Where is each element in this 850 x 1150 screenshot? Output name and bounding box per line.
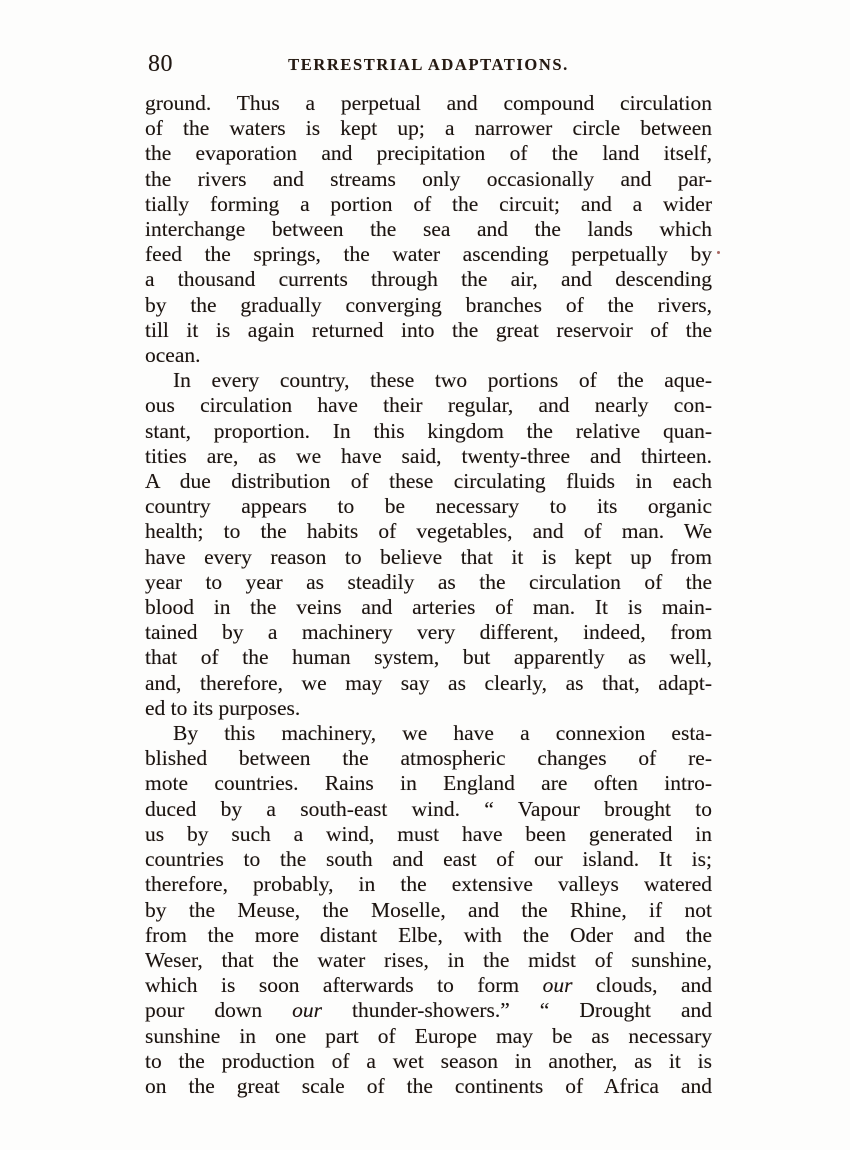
text-line: country appears to be necessary to its o… <box>145 494 712 519</box>
text-line: on the great scale of the continents of … <box>145 1074 712 1099</box>
text-line: by the Meuse, the Moselle, and the Rhine… <box>145 898 712 923</box>
text-line: ous circulation have their regular, and … <box>145 393 712 418</box>
text-line: have every reason to believe that it is … <box>145 545 712 570</box>
scan-speck <box>717 251 720 254</box>
paragraph: In every country, these two portions of … <box>145 368 712 721</box>
text-line: till it is again returned into the great… <box>145 318 712 343</box>
text-line: to the production of a wet season in ano… <box>145 1049 712 1074</box>
text-line: blood in the veins and arteries of man. … <box>145 595 712 620</box>
text-line: which is soon afterwards to form our clo… <box>145 973 712 998</box>
text-line: By this machinery, we have a connexion e… <box>145 721 712 746</box>
text-line: In every country, these two portions of … <box>145 368 712 393</box>
text-line: countries to the south and east of our i… <box>145 847 712 872</box>
text-line: tially forming a portion of the circuit;… <box>145 192 712 217</box>
text-line: us by such a wind, must have been genera… <box>145 822 712 847</box>
text-line: stant, proportion. In this kingdom the r… <box>145 419 712 444</box>
text-line: of the waters is kept up; a narrower cir… <box>145 116 712 141</box>
text-line: ground. Thus a perpetual and compound ci… <box>145 91 712 116</box>
text-line: sunshine in one part of Europe may be as… <box>145 1024 712 1049</box>
text-line: Weser, that the water rises, in the mids… <box>145 948 712 973</box>
text-line: interchange between the sea and the land… <box>145 217 712 242</box>
text-line: the evaporation and precipitation of the… <box>145 141 712 166</box>
text-line: pour down our thunder-showers.” “ Drough… <box>145 998 712 1023</box>
text-line: the rivers and streams only occasionally… <box>145 167 712 192</box>
text-line: that of the human system, but apparently… <box>145 645 712 670</box>
text-line: feed the springs, the water ascending pe… <box>145 242 712 267</box>
running-title: TERRESTRIAL ADAPTATIONS. <box>145 50 712 75</box>
text-line: tities are, as we have said, twenty-thre… <box>145 444 712 469</box>
page-header: 80 TERRESTRIAL ADAPTATIONS. <box>145 50 712 80</box>
text-line: tained by a machinery very different, in… <box>145 620 712 645</box>
paragraph: ground. Thus a perpetual and compound ci… <box>145 91 712 368</box>
book-page: 80 TERRESTRIAL ADAPTATIONS. ground. Thus… <box>0 0 850 1150</box>
text-line: by the gradually converging branches of … <box>145 293 712 318</box>
text-line: health; to the habits of vegetables, and… <box>145 519 712 544</box>
paragraph: By this machinery, we have a connexion e… <box>145 721 712 1099</box>
text-line: and, therefore, we may say as clearly, a… <box>145 671 712 696</box>
text-line: ed to its purposes. <box>145 696 712 721</box>
text-line: a thousand currents through the air, and… <box>145 267 712 292</box>
text-line: blished between the atmospheric changes … <box>145 746 712 771</box>
page-number: 80 <box>148 51 173 78</box>
text-line: A due distribution of these circulating … <box>145 469 712 494</box>
text-line: therefore, probably, in the extensive va… <box>145 872 712 897</box>
text-line: ocean. <box>145 343 712 368</box>
text-line: mote countries. Rains in England are oft… <box>145 771 712 796</box>
text-line: duced by a south-east wind. “ Vapour bro… <box>145 797 712 822</box>
italic-word: our <box>292 998 322 1022</box>
italic-word: our <box>543 973 573 997</box>
text-block: ground. Thus a perpetual and compound ci… <box>145 91 712 1099</box>
text-line: from the more distant Elbe, with the Ode… <box>145 923 712 948</box>
text-line: year to year as steadily as the circulat… <box>145 570 712 595</box>
